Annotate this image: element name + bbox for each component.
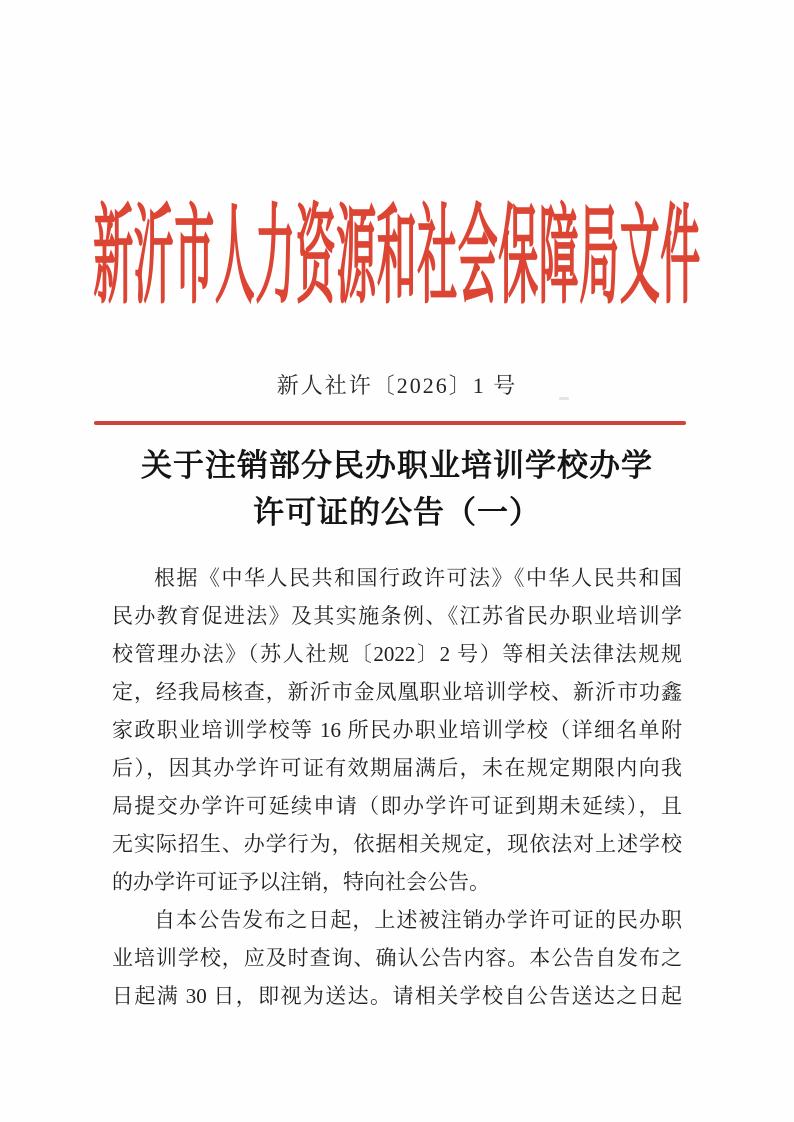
document-title: 关于注销部分民办职业培训学校办学 许可证的公告（一） — [60, 442, 734, 536]
body-line: 定，经我局核查，新沂市金凤凰职业培训学校、新沂市功鑫 — [112, 673, 682, 711]
body-line: 业培训学校，应及时查询、确认公告内容。本公告自发布之 — [112, 939, 682, 977]
body-line: 自本公告发布之日起，上述被注销办学许可证的民办职 — [112, 901, 682, 939]
body-line: 家政职业培训学校等 16 所民办职业培训学校（详细名单附 — [112, 711, 682, 749]
body-line: 根据《中华人民共和国行政许可法》《中华人民共和国 — [112, 559, 682, 597]
document-title-line-1: 关于注销部分民办职业培训学校办学 — [60, 442, 734, 489]
document-body: 根据《中华人民共和国行政许可法》《中华人民共和国民办教育促进法》及其实施条例、《… — [112, 559, 682, 1015]
letterhead-title: 新沂市人力资源和社会保障局文件 — [93, 204, 701, 312]
letterhead: 新沂市人力资源和社会保障局文件 — [0, 200, 794, 315]
red-divider-rule — [94, 421, 686, 425]
official-document-page: 新沂市人力资源和社会保障局文件 新人社许〔2026〕1 号 关于注销部分民办职业… — [0, 0, 794, 1122]
body-line: 局提交办学许可延续申请（即办学许可证到期未延续），且 — [112, 787, 682, 825]
document-number: 新人社许〔2026〕1 号 — [0, 372, 794, 400]
body-line: 民办教育促进法》及其实施条例、《江苏省民办职业培训学 — [112, 597, 682, 635]
scan-artifact — [559, 397, 569, 400]
body-line: 无实际招生、办学行为，依据相关规定，现依法对上述学校 — [112, 825, 682, 863]
document-title-line-2: 许可证的公告（一） — [60, 489, 734, 536]
body-line: 的办学许可证予以注销，特向社会公告。 — [112, 863, 682, 901]
body-line: 后），因其办学许可证有效期届满后，未在规定期限内向我 — [112, 749, 682, 787]
body-line: 日起满 30 日，即视为送达。请相关学校自公告送达之日起 — [112, 977, 682, 1015]
body-line: 校管理办法》（苏人社规〔2022〕2 号）等相关法律法规规 — [112, 635, 682, 673]
